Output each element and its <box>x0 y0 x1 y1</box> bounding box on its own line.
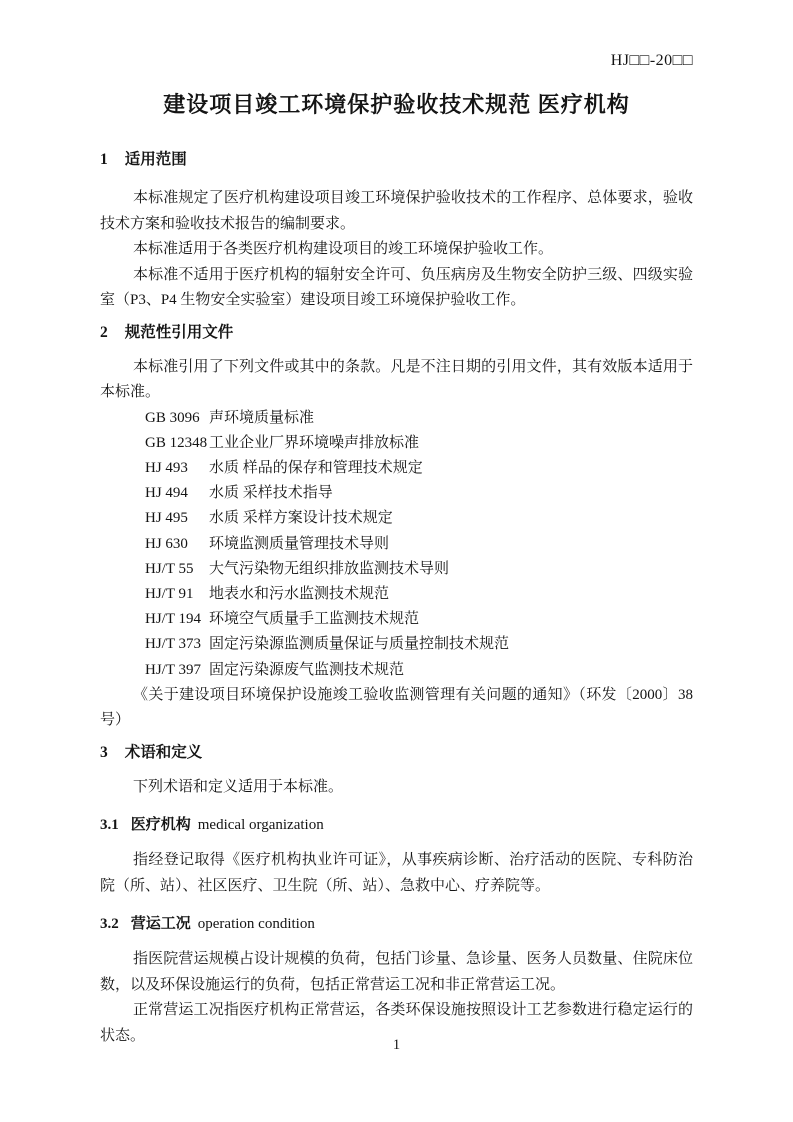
reference-title: 水质 采样方案设计技术规定 <box>209 510 393 526</box>
standard-code: HJ□□-20□□ <box>100 52 693 70</box>
reference-code: GB 3096 <box>145 406 209 431</box>
section-2-title: 规范性引用文件 <box>125 324 234 341</box>
section-1-paragraph-3: 本标准不适用于医疗机构的辐射安全许可、负压病房及生物安全防护三级、四级实验室（P… <box>100 263 693 314</box>
term-3-1-zh: 医疗机构 <box>131 817 191 833</box>
section-3-intro: 下列术语和定义适用于本标准。 <box>100 775 693 801</box>
reference-code: HJ/T 397 <box>145 658 209 683</box>
reference-title: 水质 样品的保存和管理技术规定 <box>209 460 423 476</box>
reference-item: HJ/T 397固定污染源废气监测技术规范 <box>145 658 693 683</box>
reference-item: HJ 493水质 样品的保存和管理技术规定 <box>145 456 693 481</box>
reference-title: 固定污染源监测质量保证与质量控制技术规范 <box>209 636 509 652</box>
reference-item: HJ/T 373固定污染源监测质量保证与质量控制技术规范 <box>145 632 693 657</box>
reference-code: HJ/T 55 <box>145 557 209 582</box>
reference-title: 环境监测质量管理技术导则 <box>209 536 389 552</box>
reference-code: HJ 495 <box>145 506 209 531</box>
section-2-heading: 2规范性引用文件 <box>100 321 693 345</box>
document-page: HJ□□-20□□ 建设项目竣工环境保护验收技术规范 医疗机构 1适用范围 本标… <box>0 0 793 1122</box>
page-content: HJ□□-20□□ 建设项目竣工环境保护验收技术规范 医疗机构 1适用范围 本标… <box>0 0 793 1049</box>
section-1-title: 适用范围 <box>125 151 187 168</box>
reference-title: 水质 采样技术指导 <box>209 485 333 501</box>
reference-code: HJ 493 <box>145 456 209 481</box>
section-1-number: 1 <box>100 148 108 172</box>
term-3-2-en: operation condition <box>198 916 315 932</box>
reference-title: 大气污染物无组织排放监测技术导则 <box>209 561 449 577</box>
reference-title: 环境空气质量手工监测技术规范 <box>209 611 419 627</box>
normative-references-list: GB 3096声环境质量标准 GB 12348工业企业厂界环境噪声排放标准 HJ… <box>100 406 693 683</box>
reference-item: HJ/T 91地表水和污水监测技术规范 <box>145 582 693 607</box>
term-3-1-en: medical organization <box>198 817 324 833</box>
section-1-paragraph-1: 本标准规定了医疗机构建设项目竣工环境保护验收技术的工作程序、总体要求，验收技术方… <box>100 186 693 237</box>
term-3-2-definition-1: 指医院营运规模占设计规模的负荷，包括门诊量、急诊量、医务人员数量、住院床位数，以… <box>100 947 693 998</box>
term-3-2-number: 3.2 <box>100 912 119 936</box>
term-3-1-heading: 3.1医疗机构medical organization <box>100 813 693 837</box>
section-3-number: 3 <box>100 741 108 765</box>
term-3-2-heading: 3.2营运工况operation condition <box>100 912 693 936</box>
reference-title: 地表水和污水监测技术规范 <box>209 586 389 602</box>
reference-item: HJ 630环境监测质量管理技术导则 <box>145 532 693 557</box>
reference-title: 声环境质量标准 <box>209 410 314 426</box>
section-3-heading: 3术语和定义 <box>100 741 693 765</box>
term-3-1-definition: 指经登记取得《医疗机构执业许可证》，从事疾病诊断、治疗活动的医院、专科防治院（所… <box>100 848 693 899</box>
reference-item: GB 3096声环境质量标准 <box>145 406 693 431</box>
reference-code: HJ/T 91 <box>145 582 209 607</box>
reference-title: 工业企业厂界环境噪声排放标准 <box>209 435 419 451</box>
page-number: 1 <box>0 1036 793 1054</box>
section-1-paragraph-2: 本标准适用于各类医疗机构建设项目的竣工环境保护验收工作。 <box>100 237 693 263</box>
reference-code: HJ/T 194 <box>145 607 209 632</box>
reference-title: 固定污染源废气监测技术规范 <box>209 662 404 678</box>
reference-code: HJ 630 <box>145 532 209 557</box>
reference-item: GB 12348工业企业厂界环境噪声排放标准 <box>145 431 693 456</box>
reference-code: HJ/T 373 <box>145 632 209 657</box>
section-2-intro: 本标准引用了下列文件或其中的条款。凡是不注日期的引用文件，其有效版本适用于本标准… <box>100 355 693 406</box>
section-3-title: 术语和定义 <box>125 744 203 761</box>
term-3-1-number: 3.1 <box>100 813 119 837</box>
document-title: 建设项目竣工环境保护验收技术规范 医疗机构 <box>100 90 693 120</box>
term-3-2-zh: 营运工况 <box>131 916 191 932</box>
reference-item: HJ/T 55大气污染物无组织排放监测技术导则 <box>145 557 693 582</box>
section-2-notice: 《关于建设项目环境保护设施竣工验收监测管理有关问题的通知》（环发〔2000〕38… <box>100 683 693 734</box>
reference-item: HJ 495水质 采样方案设计技术规定 <box>145 506 693 531</box>
section-2-number: 2 <box>100 321 108 345</box>
reference-code: GB 12348 <box>145 431 209 456</box>
reference-item: HJ/T 194环境空气质量手工监测技术规范 <box>145 607 693 632</box>
reference-code: HJ 494 <box>145 481 209 506</box>
reference-item: HJ 494水质 采样技术指导 <box>145 481 693 506</box>
section-1-heading: 1适用范围 <box>100 148 693 172</box>
